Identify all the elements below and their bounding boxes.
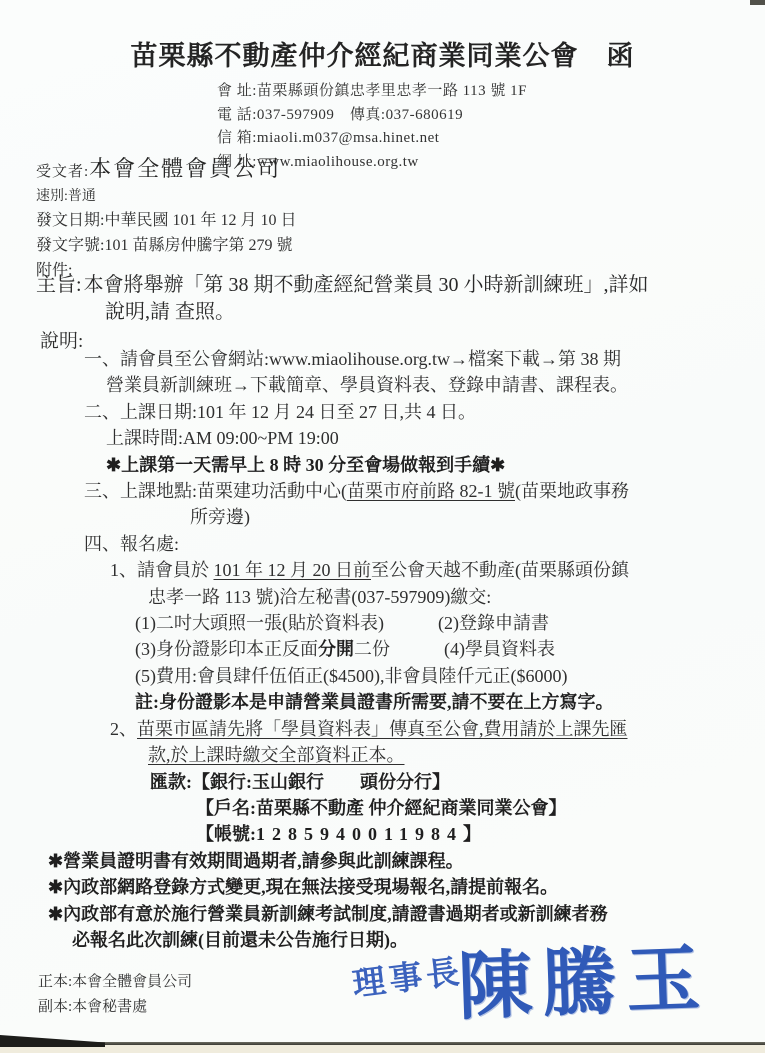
text-segment: (5)費用:會員肆仟伍佰正($4500),非會員陸仟元正($6000) — [135, 666, 567, 686]
text-segment: 苗栗市府前路 82-1 號 — [347, 481, 515, 501]
text-segment: 二份 (4)學員資料表 — [354, 639, 555, 659]
text-segment: 註:身份證影本是申請營業員證書所需要,請不要在上方寫字。 — [135, 692, 614, 712]
text-segment: 忠孝一路 113 號)洽左秘書(037-597909)繳交: — [148, 587, 491, 607]
signup-docs-row-2: (3)身份證影印本正反面分開二份 (4)學員資料表 — [135, 636, 765, 662]
subject-label: 主旨: — [36, 274, 82, 296]
text-segment: 二、上課日期:101 年 12 月 24 日至 27 日,共 4 日。 — [84, 402, 476, 422]
text-segment: 2、 — [110, 719, 137, 739]
signup-1-line-2: 忠孝一路 113 號)洽左秘書(037-597909)繳交: — [148, 584, 765, 610]
text-segment: ✱上課第一天需早上 8 時 30 分至會場做報到手續✱ — [106, 455, 505, 475]
contact-line-3: 信 箱:miaoli.m037@msa.hinet.net — [217, 127, 527, 151]
text-segment: 1285940011984 — [256, 824, 463, 844]
text-segment: 苗栗市區請先將「學員資料表」傳真至公會,費用請於上課先匯 — [137, 719, 628, 739]
signup-1-line-1: 1、請會員於 101 年 12 月 20 日前至公會天越不動產(苗栗縣頭份鎮 — [110, 557, 765, 583]
signup-id-note: 註:身份證影本是申請營業員證書所需要,請不要在上方寫字。 — [135, 689, 765, 715]
explain-1-line-2: 營業員新訓練班→下載簡章、學員資料表、登錄申請書、課程表。 — [106, 372, 765, 398]
text-segment: 三、上課地點:苗栗建功活動中心( — [84, 481, 347, 501]
text-segment: 分開 — [318, 639, 354, 659]
text-segment: ✱營業員證明書有效期間過期者,請參與此訓練課程。 — [48, 851, 464, 871]
remit-account-name: 【戶名:苗栗縣不動產 仲介經紀商業同業公會】 — [196, 795, 765, 821]
subject-text: 本會將舉辦「第 38 期不動產經紀營業員 30 小時新訓練班」,詳如 — [84, 274, 649, 296]
explain-2-line-1: 二、上課日期:101 年 12 月 24 日至 27 日,共 4 日。 — [84, 399, 765, 425]
text-segment: 款,於上課時繳交全部資料正本。 — [148, 745, 405, 765]
text-segment: 必報名此次訓練(目前還未公告施行日期)。 — [72, 930, 408, 950]
explain-3-line-1: 三、上課地點:苗栗建功活動中心(苗栗市府前路 82-1 號(苗栗地政事務 — [84, 478, 765, 504]
contact-line-1: 會 址:苗栗縣頭份鎮忠孝里忠孝一路 113 號 1F — [217, 80, 527, 104]
subject-line-2: 說明,請 查照。 — [105, 299, 649, 326]
text-segment: 匯款:【銀行:玉山銀行 頭份分行】 — [150, 772, 450, 792]
explain-3-line-2: 所旁邊) — [190, 504, 765, 530]
document-title: 苗栗縣不動產仲介經紀商業同業公會 函 — [0, 34, 765, 73]
text-segment: 【帳號: — [196, 824, 256, 844]
text-segment: 營業員新訓練班→下載簡章、學員資料表、登錄申請書、課程表。 — [106, 375, 628, 395]
notice-online-registration: ✱內政部網路登錄方式變更,現在無法接受現場報名,請提前報名。 — [48, 874, 765, 900]
text-segment: ✱內政部網路登錄方式變更,現在無法接受現場報名,請提前報名。 — [48, 877, 558, 897]
scan-artifact-bottom-wedge — [0, 1035, 105, 1047]
text-segment: 】 — [463, 824, 481, 844]
scan-artifact-bottom-line — [0, 1042, 765, 1045]
recipient-line: 受文者:本會全體會員公司 — [36, 152, 296, 186]
copies-block: 正本:本會全體會員公司 副本:本會秘書處 — [38, 970, 192, 1020]
document-meta: 受文者:本會全體會員公司 速別:普通 發文日期:中華民國 101 年 12 月 … — [36, 152, 296, 283]
scanned-letter-page: 苗栗縣不動產仲介經紀商業同業公會 函 會 址:苗栗縣頭份鎮忠孝里忠孝一路 113… — [0, 0, 765, 1053]
original-copy-line: 正本:本會全體會員公司 — [38, 970, 192, 995]
remit-bank: 匯款:【銀行:玉山銀行 頭份分行】 — [150, 769, 765, 795]
speed-line: 速別:普通 — [36, 186, 296, 208]
document-body: 一、請會員至公會網站:www.miaolihouse.org.tw→檔案下載→第… — [0, 346, 765, 953]
text-segment: (1)二吋大頭照一張(貼於資料表) (2)登錄申請書 — [135, 613, 549, 633]
signup-2-line-1: 2、苗栗市區請先將「學員資料表」傳真至公會,費用請於上課先匯 — [110, 716, 765, 742]
text-segment: 101 年 12 月 20 日前 — [214, 560, 372, 580]
recipient-value: 本會全體會員公司 — [89, 156, 281, 181]
recipient-label: 受文者: — [36, 164, 89, 180]
explain-1-line-1: 一、請會員至公會網站:www.miaolihouse.org.tw→檔案下載→第… — [84, 346, 765, 372]
text-segment: 上課時間:AM 09:00~PM 19:00 — [106, 428, 339, 448]
text-segment: 1、請會員於 — [110, 560, 214, 580]
explain-2-line-2: 上課時間:AM 09:00~PM 19:00 — [106, 425, 765, 451]
chairman-name-stamp: 陳騰玉 — [456, 920, 712, 1035]
explain-2-checkin-note: ✱上課第一天需早上 8 時 30 分至會場做報到手續✱ — [106, 452, 765, 478]
issue-date-line: 發文日期:中華民國 101 年 12 月 10 日 — [36, 208, 296, 233]
signup-fee: (5)費用:會員肆仟伍佰正($4500),非會員陸仟元正($6000) — [135, 663, 765, 689]
text-segment: (苗栗地政事務 — [515, 481, 629, 501]
text-segment: 四、報名處: — [84, 534, 179, 554]
scan-artifact-bottom-strip — [0, 1045, 765, 1053]
text-segment: 【戶名:苗栗縣不動產 仲介經紀商業同業公會】 — [196, 798, 567, 818]
chairman-title-stamp: 理事長 — [350, 945, 466, 1005]
text-segment: 所旁邊) — [190, 507, 250, 527]
notice-expired-cert: ✱營業員證明書有效期間過期者,請參與此訓練課程。 — [48, 848, 765, 874]
subject-line-1: 主旨:本會將舉辦「第 38 期不動產經紀營業員 30 小時新訓練班」,詳如 — [36, 272, 649, 299]
text-segment: 至公會天越不動產(苗栗縣頭份鎮 — [371, 560, 629, 580]
scan-artifact-top-right — [750, 0, 765, 5]
signup-docs-row-1: (1)二吋大頭照一張(貼於資料表) (2)登錄申請書 — [135, 610, 765, 636]
subject-block: 主旨:本會將舉辦「第 38 期不動產經紀營業員 30 小時新訓練班」,詳如 說明… — [36, 272, 649, 355]
text-segment: ✱內政部有意於施行營業員新訓練考試制度,請證書過期者或新訓練者務 — [48, 904, 608, 924]
ref-no-line: 發文字號:101 苗縣房仲騰字第 279 號 — [36, 233, 296, 258]
text-segment: 一、請會員至公會網站:www.miaolihouse.org.tw→檔案下載→第… — [84, 349, 621, 369]
signup-2-line-2: 款,於上課時繳交全部資料正本。 — [148, 742, 765, 768]
cc-copy-line: 副本:本會秘書處 — [38, 995, 192, 1020]
explain-4-heading: 四、報名處: — [84, 531, 765, 557]
remit-account-number: 【帳號:1285940011984】 — [196, 821, 765, 847]
contact-line-2: 電 話:037-597909 傳真:037-680619 — [217, 104, 527, 128]
text-segment: (3)身份證影印本正反面 — [135, 639, 318, 659]
